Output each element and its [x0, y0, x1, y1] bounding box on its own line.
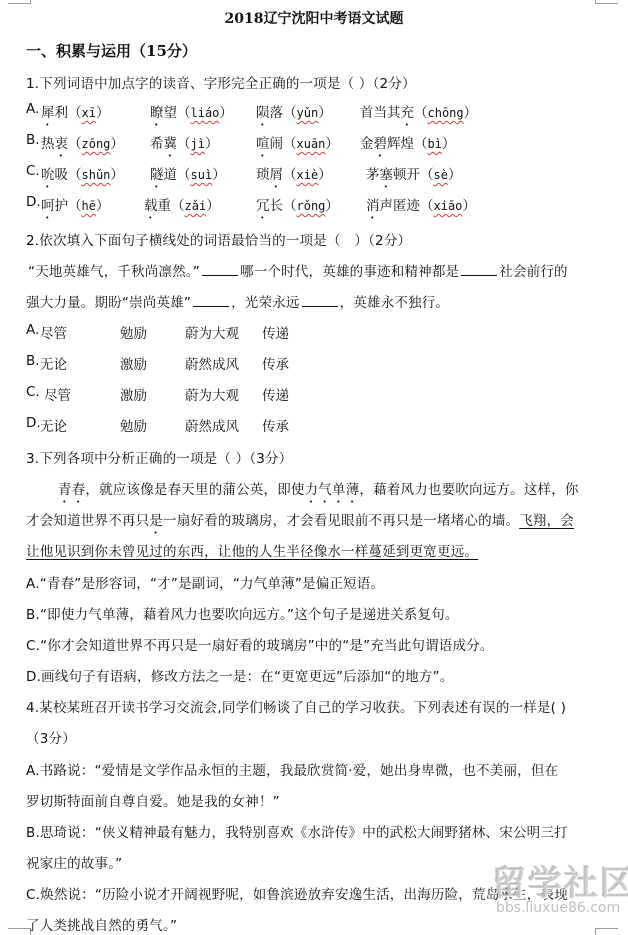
fill-blank: [202, 263, 238, 276]
underlined-sentence: 飞翔，会: [519, 513, 574, 529]
fill-blank: [302, 294, 338, 307]
q1-stem: 1.下列词语中加点字的读音、字形完全正确的一项是（ ）（2分）: [26, 72, 416, 92]
q1-item: 金碧辉煌（bì）: [360, 132, 455, 160]
q3-passage-line3-underlined: 让他见识到你未曾见过的东西，让他的人生半径像水一样蔓延到更宽更远。: [26, 540, 478, 560]
q1-item: 隧道（suì）: [150, 163, 226, 191]
q2-passage-line1: “天地英雄气，千秋尚凛然。”哪一个时代，英雄的事迹和精神都是社会前行的: [28, 260, 568, 280]
option-word: 蔚为大观: [185, 322, 239, 342]
option-word: 蔚为大观: [185, 384, 239, 404]
q4-points: （3分）: [26, 727, 76, 747]
option-label: A.: [26, 322, 39, 338]
q1-item: 首当其充（chōng）: [360, 101, 477, 129]
option-word: 传递: [262, 384, 289, 404]
q1-item: 琐屑（xiè）: [256, 163, 332, 191]
page-corner-mark: [8, 0, 31, 4]
option-word: 蔚然成风: [185, 415, 239, 435]
q1-item: 陨落（yǔn）: [256, 101, 332, 129]
document-title: 2018辽宁沈阳中考语文试题: [0, 8, 628, 28]
fill-blank: [461, 263, 497, 276]
q2-stem: 2.依次填入下面句子横线处的词语最恰当的一项是（ ）（2分）: [26, 229, 411, 249]
q1-item: 茅塞顿开（sè）: [366, 163, 461, 191]
option-word: 无论: [40, 415, 67, 435]
q1-item: 希冀（jì）: [150, 132, 218, 160]
option-word: 蔚然成风: [185, 353, 239, 373]
q4-option-a-line2: 罗切斯特面前自尊自爱。她是我的女神！”: [26, 790, 280, 810]
q1-item: 冗长（rǒng）: [256, 194, 339, 222]
option-label: C.: [26, 163, 40, 179]
fill-blank: [193, 294, 229, 307]
option-word: 无论: [40, 353, 67, 373]
option-label: D.: [26, 194, 41, 210]
option-word: 尽管: [44, 384, 71, 404]
q1-item: 载重（zǎi）: [144, 194, 220, 222]
q3-option-c: C.“你才会知道世界不再只是一扇好看的玻璃房”中的“是”充当此句谓语成分。: [26, 634, 494, 654]
q3-option-a: A.“青春”是形容词，“才”是副词，“力气单薄”是偏正短语。: [26, 572, 384, 592]
option-label: B.: [26, 132, 40, 148]
q2-passage-line2: 强大力量。期盼“崇尚英雄”，光荣永远，英雄永不独行。: [26, 291, 449, 311]
q1-item: 热衷（zōng）: [41, 132, 124, 160]
option-word: 传承: [262, 415, 289, 435]
option-word: 勉励: [120, 322, 147, 342]
option-label: B.: [26, 353, 40, 369]
option-word: 勉励: [120, 415, 147, 435]
option-label: D.: [26, 415, 41, 431]
q4-option-b-line2: 祝家庄的故事。”: [26, 852, 122, 872]
q4-stem: 4.某校某班召开读书学习交流会,同学们畅谈了自己的学习收获。下列表述有误的一样是…: [26, 696, 566, 716]
option-label: A.: [26, 101, 39, 117]
q1-item: 吮吸（shǔn）: [41, 163, 124, 191]
page-corner-mark: [595, 928, 618, 935]
page-corner-mark: [595, 0, 618, 4]
q3-passage-line2: 才会知道世界不再只是一扇好看的玻璃房，才会看见眼前不再只是一堵堵心的墙。飞翔，会: [26, 509, 574, 537]
option-word: 传承: [262, 353, 289, 373]
q1-item: 呵护（hē）: [41, 194, 109, 222]
q4-option-c-line1: C.焕然说：“历险小说才开阔视野呢，如鲁滨逊放弃安逸生活，出海历险，荒岛求生，表…: [26, 883, 568, 903]
option-word: 传递: [262, 322, 289, 342]
q3-option-b: B.“即使力气单薄，藉着风力也要吹向远方。”这个句子是递进关系复句。: [26, 603, 459, 623]
option-label: C.: [26, 384, 40, 400]
q1-item: 瞭望（liáo）: [150, 101, 233, 129]
option-word: 激励: [120, 353, 147, 373]
option-word: 激励: [120, 384, 147, 404]
q3-stem: 3.下列各项中分析正确的一项是（ ）（3分）: [26, 447, 292, 467]
section-heading: 一、积累与运用（15分）: [26, 40, 197, 61]
option-word: 尽管: [40, 322, 67, 342]
q1-item: 喧闹（xuān）: [256, 132, 339, 160]
q4-option-b-line1: B.思琦说：“侠义精神最有魅力，我特别喜欢《水浒传》中的武松大闹野猪林、宋公明三…: [26, 821, 568, 841]
q1-item: 消声匿迹（xiāo）: [366, 194, 476, 222]
q4-option-a-line1: A.书路说：“爱情是文学作品永恒的主题，我最欣赏简·爱，她出身卑微，也不美丽，但…: [26, 759, 558, 779]
q1-item: 犀利（xī）: [41, 101, 109, 129]
q3-option-d: D.画线句子有语病，修改方法之一是：在“更宽更远”后添加“的地方”。: [26, 665, 453, 685]
q4-option-c-line2: 了人类挑战自然的勇气。”: [26, 914, 177, 934]
q3-passage-line1: 青春，就应该像是春天里的蒲公英，即使力气单薄，藉着风力也要吹向远方。这样，你: [58, 478, 579, 506]
